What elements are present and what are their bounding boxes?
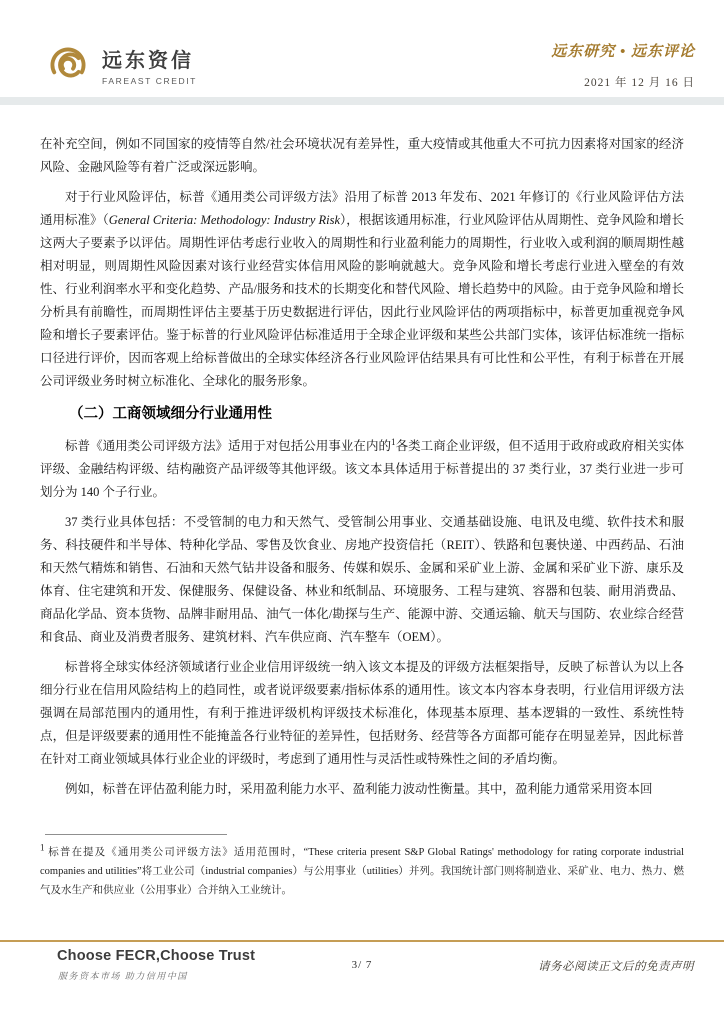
report-series-title: 远东研究 • 远东评论	[551, 40, 695, 61]
report-page: 远东资信 FAREAST CREDIT 远东研究 • 远东评论 2021 年 1…	[0, 0, 724, 1024]
header-divider-band	[0, 97, 724, 105]
footer-disclaimer: 请务必阅读正文后的免责声明	[538, 958, 694, 974]
footnote-text: 1 标普在提及《通用类公司评级方法》适用范围时，“These criteria …	[40, 843, 684, 900]
header-right: 远东研究 • 远东评论 2021 年 12 月 16 日	[551, 40, 695, 90]
page-footer: Choose FECR,Choose Trust 服务资本市场 助力信用中国 3…	[0, 944, 724, 1004]
brand-name-en: FAREAST CREDIT	[102, 76, 197, 86]
footnote-body: 标普在提及《通用类公司评级方法》适用范围时，“These criteria pr…	[40, 847, 684, 896]
footnote-block: 1 标普在提及《通用类公司评级方法》适用范围时，“These criteria …	[40, 834, 684, 900]
paragraph-text: 标普《通用类公司评级方法》适用于对包括公用事业在内的	[65, 439, 391, 453]
body-paragraph: 对于行业风险评估，标普《通用类公司评级方法》沿用了标普 2013 年发布、202…	[40, 186, 684, 393]
cited-standard-title: General Criteria: Methodology: Industry …	[109, 213, 340, 227]
report-date: 2021 年 12 月 16 日	[551, 74, 695, 90]
paragraph-text: ），根据该通用标准，行业风险评估从周期性、竞争风险和增长这两大子要素予以评估。周…	[40, 213, 684, 388]
footnote-marker: 1	[40, 843, 45, 853]
document-body: 在补充空间，例如不同国家的疫情等自然/社会环境状况有差异性，重大疫情或其他重大不…	[40, 133, 684, 833]
swirl-logo-icon	[46, 42, 90, 93]
body-paragraph: 在补充空间，例如不同国家的疫情等自然/社会环境状况有差异性，重大疫情或其他重大不…	[40, 133, 684, 179]
body-paragraph: 标普将全球实体经济领域诸行业企业信用评级统一纳入该文本提及的评级方法框架指导，反…	[40, 656, 684, 771]
body-paragraph: 标普《通用类公司评级方法》适用于对包括公用事业在内的1各类工商企业评级，但不适用…	[40, 435, 684, 504]
body-paragraph: 37 类行业具体包括：不受管制的电力和天然气、受管制公用事业、交通基础设施、电讯…	[40, 511, 684, 649]
body-paragraph: 例如，标普在评估盈利能力时，采用盈利能力水平、盈利能力波动性衡量。其中，盈利能力…	[40, 778, 684, 801]
section-heading: （二）工商领域细分行业通用性	[40, 403, 684, 426]
footer-divider-rule	[0, 940, 724, 942]
page-header: 远东资信 FAREAST CREDIT 远东研究 • 远东评论 2021 年 1…	[0, 0, 724, 97]
brand-text: 远东资信 FAREAST CREDIT	[102, 50, 197, 86]
company-logo: 远东资信 FAREAST CREDIT	[46, 42, 197, 93]
brand-name-cn: 远东资信	[102, 50, 197, 72]
footnote-divider	[45, 834, 227, 835]
